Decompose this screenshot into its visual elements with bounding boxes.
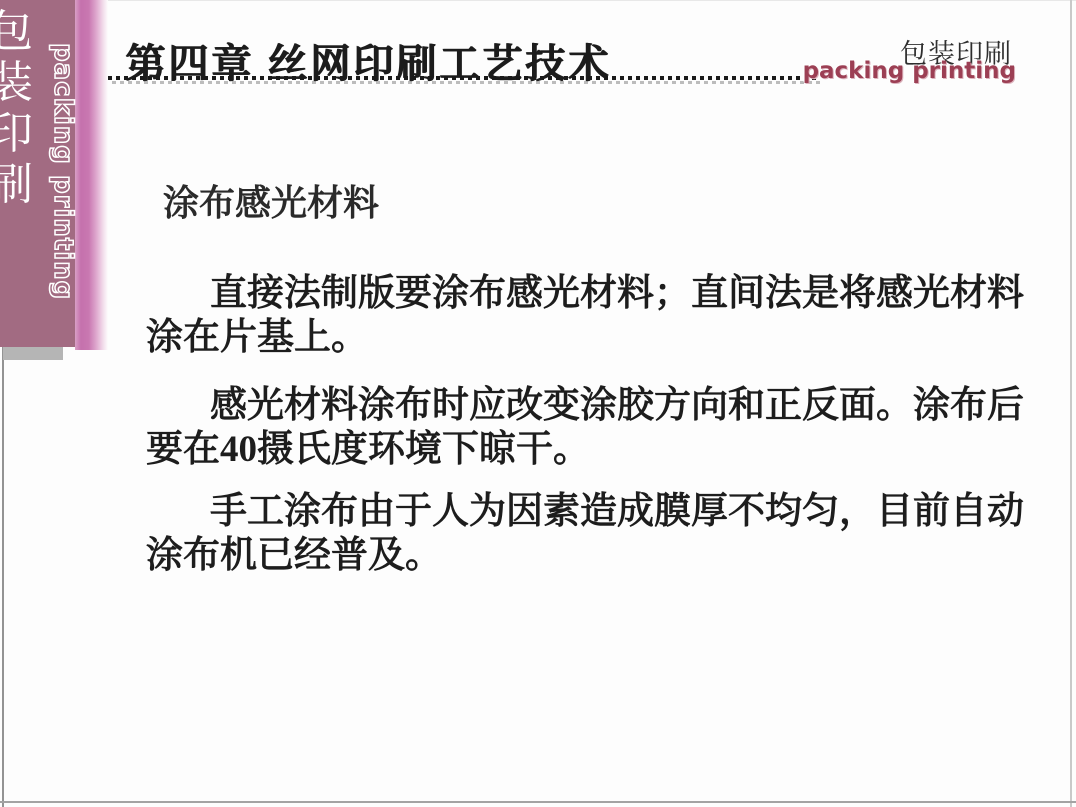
corner-logo: 包装印刷 packing printing xyxy=(820,28,1020,90)
sidebar-vertical-subtitle: packing printing xyxy=(46,43,78,343)
logo-english-text: packing printing xyxy=(803,58,1016,84)
paragraph-2-line-1: 感光材料涂布时应改变涂胶方向和正反面。涂布后 xyxy=(146,384,1030,428)
slide-border-top xyxy=(0,0,1076,1)
paragraph-1-line-1: 直接法制版要涂布感光材料；直间法是将感光材料 xyxy=(146,272,1030,316)
paragraph-1-line-2: 涂在片基上。 xyxy=(146,316,1030,360)
title-underline-dotted xyxy=(108,76,834,80)
slide-title: 第四章 丝网印刷工艺技术 xyxy=(125,32,611,89)
sidebar-drop-shadow xyxy=(3,347,63,360)
sidebar-vertical-title: 包装印刷 xyxy=(0,6,35,210)
sidebar-pink-gradient-strip xyxy=(75,0,108,350)
slide-border-right xyxy=(1070,0,1072,807)
section-heading: 涂布感光材料 xyxy=(163,181,379,225)
paragraph-3-line-2: 涂布机已经普及。 xyxy=(146,534,1030,578)
presentation-slide: 包装印刷 packing printing 第四章 丝网印刷工艺技术 包装印刷 … xyxy=(0,0,1076,807)
paragraph-2: 感光材料涂布时应改变涂胶方向和正反面。涂布后 要在40摄氏度环境下晾干。 xyxy=(146,384,1030,472)
paragraph-2-line-2: 要在40摄氏度环境下晾干。 xyxy=(146,428,1030,472)
paragraph-3-line-1: 手工涂布由于人为因素造成膜厚不均匀，目前自动 xyxy=(146,490,1030,534)
paragraph-3: 手工涂布由于人为因素造成膜厚不均匀，目前自动 涂布机已经普及。 xyxy=(146,490,1030,578)
paragraph-1: 直接法制版要涂布感光材料；直间法是将感光材料 涂在片基上。 xyxy=(146,272,1030,360)
slide-border-bottom xyxy=(0,801,1076,803)
